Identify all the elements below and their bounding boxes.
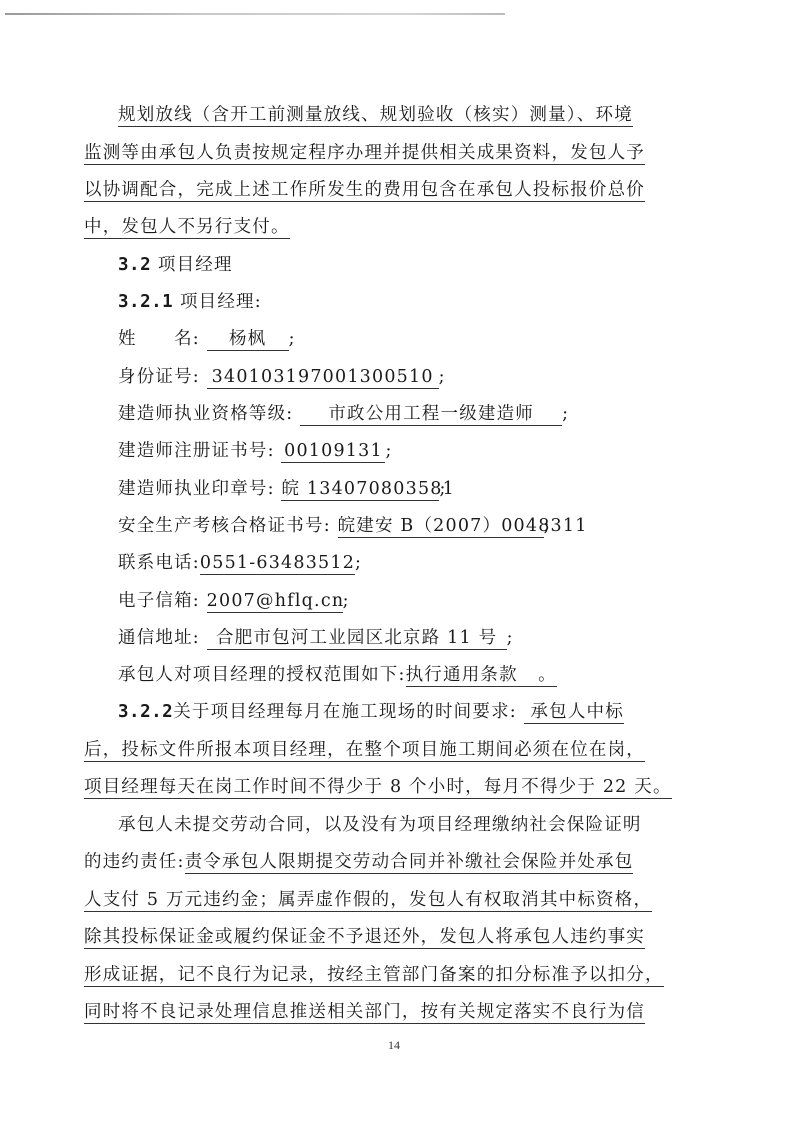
- underlined-text: 人支付 5 万元违约金；属弄虚作假的，发包人有权取消其中标资格，: [84, 890, 652, 912]
- paragraph-line: 承包人未提交劳动合同，以及没有为项目经理缴纳社会保险证明: [118, 814, 642, 836]
- section-number: 3.2.1: [118, 292, 173, 312]
- plain-text: 的违约责任:: [84, 852, 185, 872]
- field-phone: 联系电话:0551-63483512;: [118, 552, 362, 574]
- underlined-text: 责令承包人限期提交劳动合同并补缴社会保险并处承包: [185, 852, 634, 874]
- field-qualification-level: 建造师执业资格等级: 市政公用工程一级建造师;: [118, 403, 569, 426]
- field-email: 电子信箱: 2007@hflq.cn;: [118, 590, 350, 613]
- field-label: 姓 名:: [118, 329, 200, 349]
- field-label: 建造师执业印章号:: [118, 479, 275, 499]
- paragraph-line: 后，投标文件所报本项目经理，在整个项目施工期间必须在位在岗，: [84, 739, 645, 761]
- field-suffix: ;: [289, 329, 296, 349]
- field-value: 0551-63483512: [200, 553, 355, 575]
- section-heading-3-2: 3.2 项目经理: [118, 254, 233, 276]
- field-label: 通信地址:: [118, 628, 200, 648]
- section-3-2-2-line: 3.2.2关于项目经理每月在施工现场的时间要求: 承包人中标: [118, 701, 624, 723]
- field-value: 00109131: [281, 440, 385, 463]
- section-title: 项目经理: [158, 255, 233, 275]
- field-label: 建造师注册证书号:: [118, 441, 275, 461]
- paragraph-line: 中，发包人不另行支付。: [84, 216, 290, 238]
- field-value: 执行通用条款: [406, 665, 518, 685]
- underlined-text: 形成证据，记不良行为记录，按经主管部门备案的扣分标准予以扣分，: [84, 965, 664, 987]
- scan-edge-line: [5, 13, 505, 15]
- field-value: 合肥市包河工业园区北京路 11 号: [207, 627, 507, 650]
- field-suffix: ;: [385, 441, 392, 461]
- underlined-text: 规划放线（含开工前测量放线、规划验收（核实）测量）、环境: [118, 105, 633, 127]
- paragraph-line: 项目经理每天在岗工作时间不得少于 8 个小时，每月不得少于 22 天。: [84, 776, 672, 798]
- field-value-wrap: 执行通用条款 。: [406, 665, 557, 687]
- field-label: 承包人对项目经理的授权范围如下:: [118, 665, 406, 685]
- underlined-text: 以协调配合，完成上述工作所发生的费用包含在承包人投标报价总价: [84, 180, 645, 202]
- field-suffix: ;: [507, 628, 514, 648]
- underlined-text-value: 承包人中标: [530, 702, 624, 722]
- page-number: 14: [388, 1038, 400, 1053]
- field-seal-number: 建造师执业印章号: 皖 134070803581;: [118, 478, 447, 501]
- field-suffix: ;: [439, 367, 446, 387]
- field-value: 340103197001300510: [207, 366, 439, 389]
- field-name: 姓 名: 杨枫;: [118, 328, 296, 351]
- field-value: 皖 134070803581: [281, 478, 439, 501]
- paragraph-line: 的违约责任:责令承包人限期提交劳动合同并补缴社会保险并处承包: [84, 851, 633, 873]
- paragraph-line: 形成证据，记不良行为记录，按经主管部门备案的扣分标准予以扣分，: [84, 964, 664, 986]
- underlined-text: 中，发包人不另行支付。: [84, 217, 290, 239]
- section-number: 3.2.2: [118, 702, 173, 722]
- field-value: 杨枫: [207, 328, 289, 351]
- paragraph-line: 以协调配合，完成上述工作所发生的费用包含在承包人投标报价总价: [84, 179, 645, 201]
- underlined-text: 除其投标保证金或履约保证金不予退还外，发包人将承包人违约事实: [84, 927, 645, 949]
- field-suffix: ;: [562, 404, 569, 424]
- paragraph-line: 规划放线（含开工前测量放线、规划验收（核实）测量）、环境: [118, 104, 633, 126]
- field-value: 市政公用工程一级建造师: [300, 403, 562, 426]
- paragraph-line: 监测等由承包人负责按规定程序办理并提供相关成果资料，发包人予: [84, 142, 645, 164]
- paragraph-line: 人支付 5 万元违约金；属弄虚作假的，发包人有权取消其中标资格，: [84, 889, 652, 911]
- underlined-text: 同时将不良记录处理信息推送相关部门，按有关规定落实不良行为信: [84, 1002, 645, 1024]
- field-suffix: ;: [544, 516, 551, 536]
- field-id-number: 身份证号: 340103197001300510;: [118, 366, 446, 389]
- field-label: 电子信箱:: [118, 591, 200, 611]
- field-registration-cert: 建造师注册证书号: 00109131;: [118, 440, 393, 463]
- underlined-text: 监测等由承包人负责按规定程序办理并提供相关成果资料，发包人予: [84, 143, 645, 165]
- underlined-text: 承包人中标: [524, 702, 624, 724]
- field-safety-cert: 安全生产考核合格证书号: 皖建安 B（2007）0048311;: [118, 515, 551, 538]
- field-value: 2007@hflq.cn: [207, 590, 343, 613]
- paragraph-line: 同时将不良记录处理信息推送相关部门，按有关规定落实不良行为信: [84, 1001, 645, 1023]
- field-label: 安全生产考核合格证书号:: [118, 516, 331, 536]
- paragraph-line: 除其投标保证金或履约保证金不予退还外，发包人将承包人违约事实: [84, 926, 645, 948]
- field-suffix: ;: [355, 553, 362, 573]
- section-heading-3-2-1: 3.2.1 项目经理:: [118, 291, 262, 313]
- field-label: 建造师执业资格等级:: [118, 404, 293, 424]
- field-label: 联系电话:: [118, 553, 200, 573]
- field-label: 身份证号:: [118, 367, 200, 387]
- plain-text: 承包人未提交劳动合同，以及没有为项目经理缴纳社会保险证明: [118, 815, 642, 835]
- section-number: 3.2: [118, 255, 151, 275]
- section-lead: 关于项目经理每月在施工现场的时间要求:: [173, 702, 517, 722]
- field-address: 通信地址: 合肥市包河工业园区北京路 11 号;: [118, 627, 514, 650]
- underlined-text: 项目经理每天在岗工作时间不得少于 8 个小时，每月不得少于 22 天。: [84, 777, 672, 799]
- field-suffix: ;: [343, 591, 350, 611]
- field-value: 皖建安 B（2007）0048311: [338, 515, 544, 538]
- underlined-text: 后，投标文件所报本项目经理，在整个项目施工期间必须在位在岗，: [84, 740, 645, 762]
- section-title: 项目经理:: [180, 292, 262, 312]
- field-suffix: 。: [538, 665, 557, 685]
- field-suffix: ;: [439, 479, 446, 499]
- field-authorization-scope: 承包人对项目经理的授权范围如下:执行通用条款 。: [118, 664, 557, 686]
